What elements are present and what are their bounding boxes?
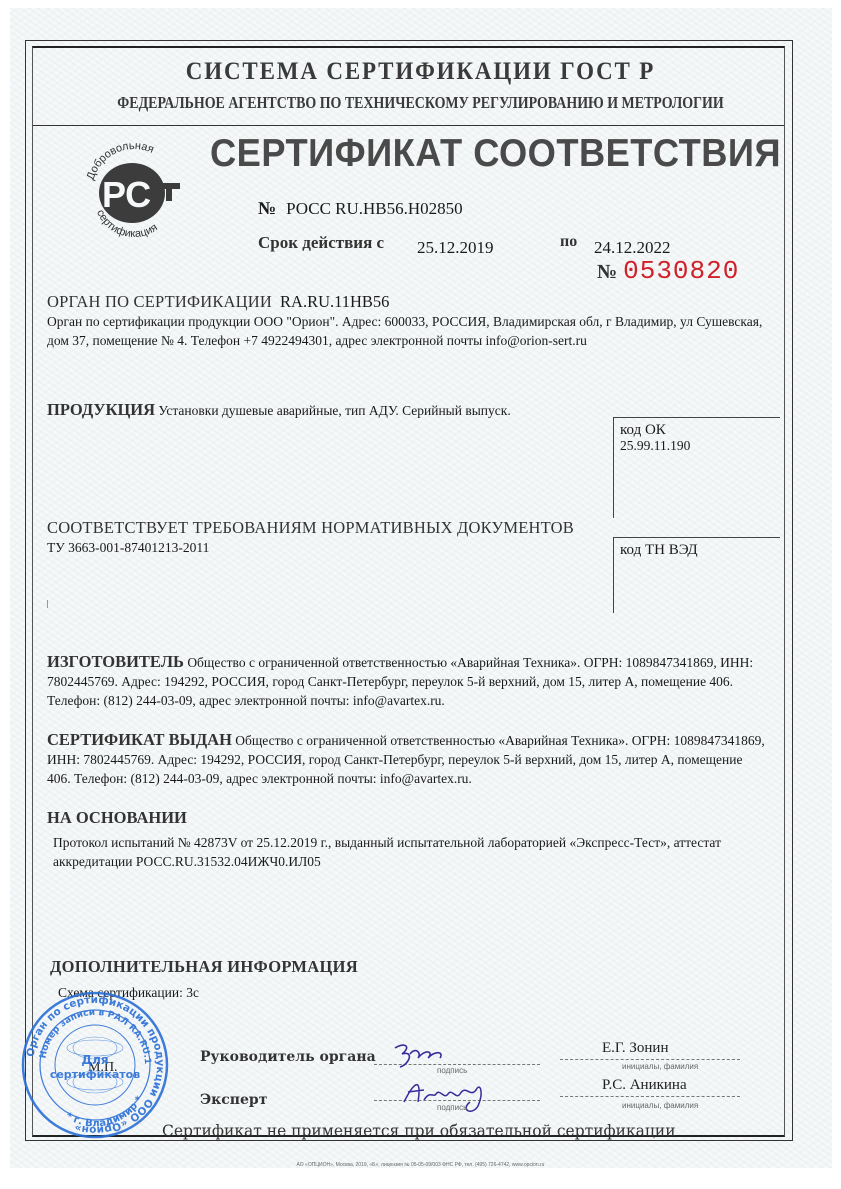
valid-from: 25.12.2019 bbox=[417, 238, 494, 258]
blank-number-sign: № bbox=[597, 261, 617, 283]
registration-number: №РОСС RU.НВ56.Н02850 bbox=[258, 198, 463, 219]
header-divider bbox=[33, 125, 784, 126]
tnved-code-box: код ТН ВЭД bbox=[613, 537, 780, 613]
expert-label: Эксперт bbox=[200, 1092, 267, 1108]
svg-text:* г. Владимир *: * г. Владимир * bbox=[64, 1094, 146, 1130]
head-name: Е.Г. Зонин bbox=[602, 1040, 669, 1057]
ok-code-value: 25.99.11.190 bbox=[620, 438, 780, 453]
issued-to-section: СЕРТИФИКАТ ВЫДАН Общество с ограниченной… bbox=[47, 730, 767, 788]
certification-stamp-icon: Орган по сертификации продукции ООО «Ори… bbox=[20, 990, 170, 1140]
head-label: Руководитель органа bbox=[200, 1049, 376, 1065]
rst-logo-icon: РС Добровольная сертификация bbox=[80, 137, 188, 245]
certificate-title: СЕРТИФИКАТ СООТВЕТСТВИЯ bbox=[210, 132, 781, 176]
product-text: Установки душевые аварийные, тип АДУ. Се… bbox=[158, 403, 510, 418]
basis-text: Протокол испытаний № 42873V от 25.12.201… bbox=[47, 833, 767, 871]
head-name-line bbox=[560, 1059, 740, 1060]
svg-text:Для: Для bbox=[81, 1053, 108, 1067]
system-title: СИСТЕМА СЕРТИФИКАЦИИ ГОСТ Р bbox=[34, 58, 808, 86]
blank-number: №0530820 bbox=[597, 256, 739, 286]
head-name-caption: инициалы, фамилия bbox=[622, 1062, 698, 1071]
tnved-code-label: код ТН ВЭД bbox=[620, 543, 780, 558]
certification-body-section: ОРГАН ПО СЕРТИФИКАЦИИRA.RU.11НВ56 Орган … bbox=[47, 292, 767, 350]
expert-name: Р.С. Аникина bbox=[602, 1077, 687, 1094]
manufacturer-label: ИЗГОТОВИТЕЛЬ bbox=[47, 652, 184, 671]
normative-text: ТУ 3663-001-87401213-2011 bbox=[47, 538, 607, 558]
normative-section: СООТВЕТСТВУЕТ ТРЕБОВАНИЯМ НОРМАТИВНЫХ ДО… bbox=[47, 518, 607, 558]
printer-imprint: АО «ОПЦИОН», Москва, 2019, «Б», лицензия… bbox=[0, 1162, 841, 1168]
svg-text:РС: РС bbox=[102, 174, 151, 215]
blank-number-value: 0530820 bbox=[623, 256, 739, 286]
certification-body-code: RA.RU.11НВ56 bbox=[280, 292, 389, 311]
ok-code-label: код ОК bbox=[620, 423, 780, 438]
expert-name-caption: инициалы, фамилия bbox=[622, 1101, 698, 1110]
issued-to-label: СЕРТИФИКАТ ВЫДАН bbox=[47, 730, 232, 749]
disclaimer: Сертификат не применяется при обязательн… bbox=[162, 1122, 676, 1140]
certification-body-label: ОРГАН ПО СЕРТИФИКАЦИИ bbox=[47, 292, 272, 311]
product-section: ПРОДУКЦИЯ Установки душевые аварийные, т… bbox=[47, 400, 607, 420]
expert-signature-caption: подпись bbox=[437, 1103, 467, 1112]
expert-name-line bbox=[560, 1096, 740, 1097]
valid-to-label: по bbox=[560, 233, 577, 251]
additional-info-label: ДОПОЛНИТЕЛЬНАЯ ИНФОРМАЦИЯ bbox=[50, 957, 358, 977]
basis-section: НА ОСНОВАНИИ Протокол испытаний № 42873V… bbox=[47, 808, 767, 871]
product-label: ПРОДУКЦИЯ bbox=[47, 400, 155, 419]
basis-label: НА ОСНОВАНИИ bbox=[47, 808, 767, 827]
margin-mark bbox=[47, 600, 48, 608]
svg-text:сертификатов: сертификатов bbox=[50, 1068, 140, 1081]
normative-label: СООТВЕТСТВУЕТ ТРЕБОВАНИЯМ НОРМАТИВНЫХ ДО… bbox=[47, 518, 607, 538]
valid-to: 24.12.2022 bbox=[594, 238, 671, 258]
certification-body-text: Орган по сертификации продукции ООО "Ори… bbox=[47, 314, 762, 348]
registration-number-value: РОСС RU.НВ56.Н02850 bbox=[286, 199, 463, 218]
agency-title: ФЕДЕРАЛЬНОЕ АГЕНТСТВО ПО ТЕХНИЧЕСКОМУ РЕ… bbox=[76, 93, 766, 113]
number-sign: № bbox=[258, 198, 276, 218]
ok-code-box: код ОК 25.99.11.190 bbox=[613, 417, 780, 518]
manufacturer-section: ИЗГОТОВИТЕЛЬ Общество с ограниченной отв… bbox=[47, 652, 767, 710]
validity-label: Срок действия с bbox=[258, 233, 384, 253]
